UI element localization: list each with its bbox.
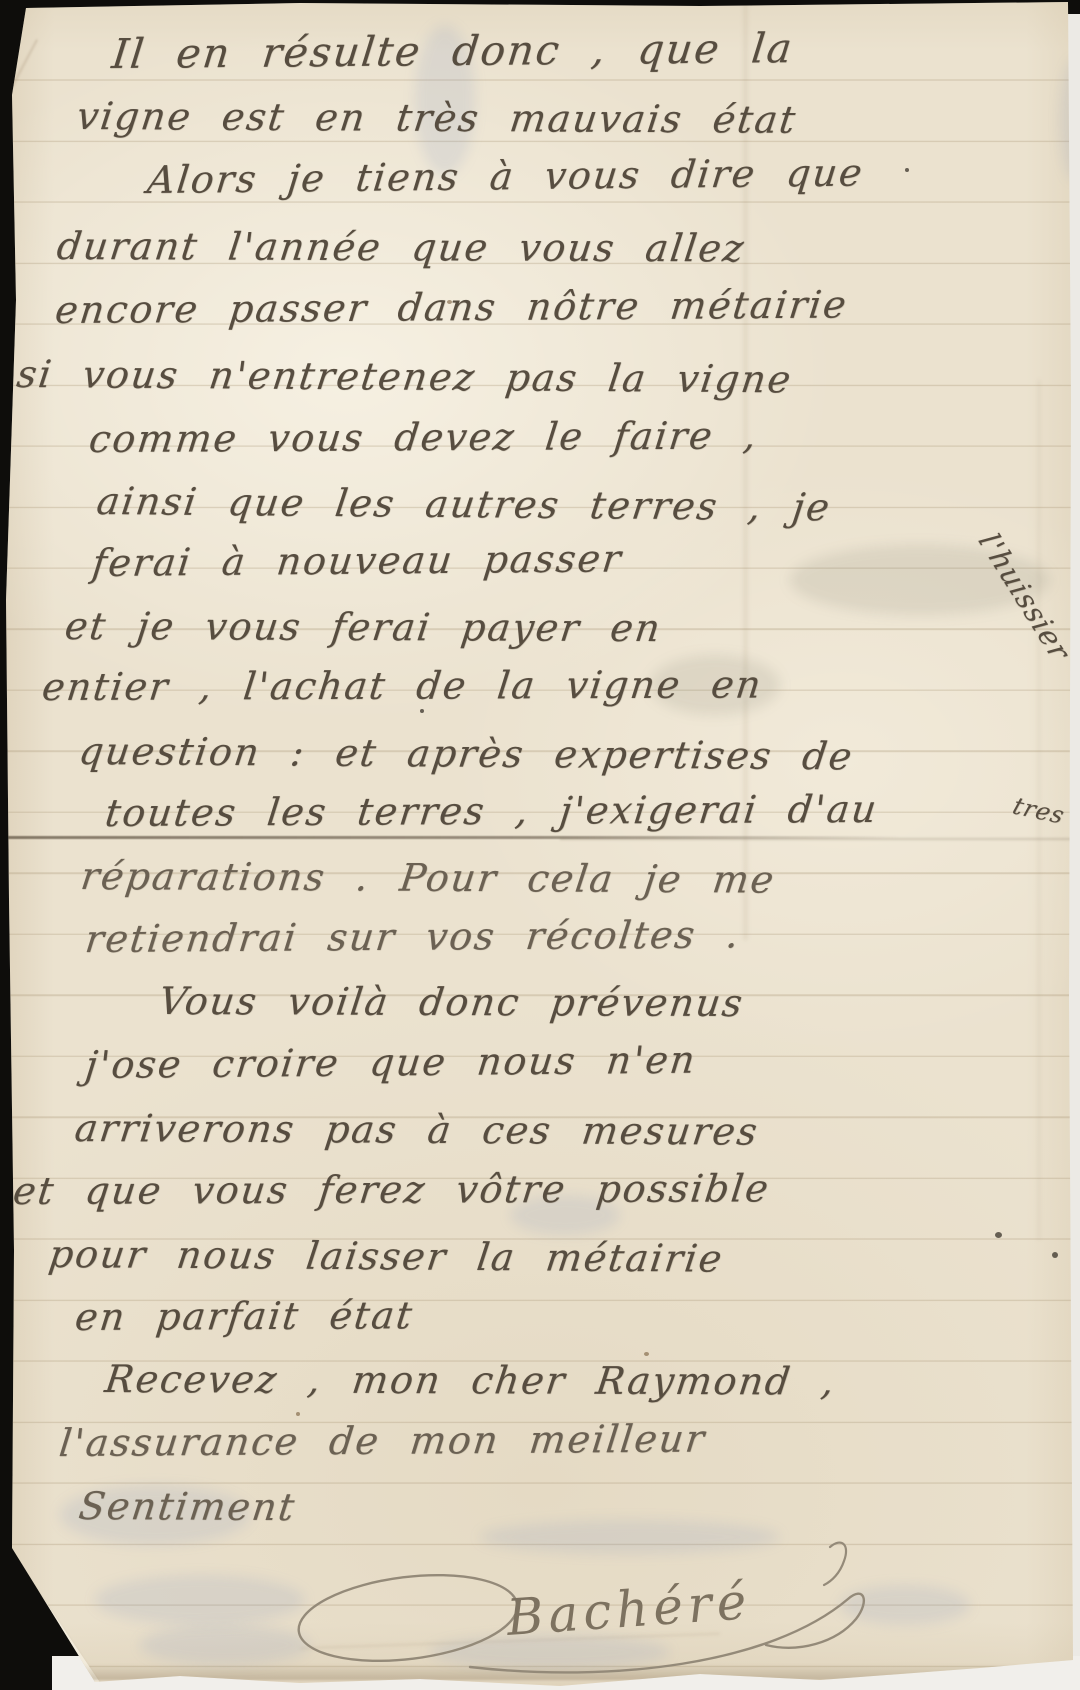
letter-line: Vous voilà donc prévenus [156, 979, 746, 1025]
letter-line: ainsi que les autres terres , je [94, 479, 834, 529]
letter-line: question : et après expertises de [76, 729, 856, 778]
fold-crease-horizontal-faint [560, 838, 1080, 840]
ink-speck [644, 1352, 649, 1356]
letter-line: pour nous laisser la métairie [46, 1232, 726, 1281]
letter-line: ferai à nouveau passer [90, 536, 625, 585]
letter-line: Alors je tiens à vous dire que [145, 151, 866, 203]
letter-line: et que vous ferez vôtre possible [11, 1166, 773, 1213]
ink-speck [296, 1412, 300, 1416]
letter-line: j'ose croire que nous n'en [83, 1038, 699, 1087]
signature-name: Bachéré [504, 1572, 753, 1647]
signature: Bachéré [270, 1535, 910, 1690]
letter-line: comme vous devez le faire , [87, 413, 761, 461]
signature-pen-mark [824, 1543, 846, 1585]
letter-line: réparations . Pour cela je me [78, 854, 778, 902]
letter-line: entier , l'achat de la vigne en [40, 662, 765, 709]
scanned-letter-page: Il en résulte donc , que la vigne est en… [0, 0, 1080, 1690]
ink-speck [995, 1232, 1002, 1238]
letter-line: durant l'année que vous allez [54, 224, 747, 270]
letter-line: arriverons pas à ces mesures [72, 1106, 761, 1154]
letter-line: Sentiment [76, 1484, 298, 1529]
signature-oval-flourish [294, 1564, 522, 1672]
letter-line: Recevez , mon cher Raymond , [102, 1357, 838, 1404]
letter-line: vigne est en très mauvais état [74, 94, 799, 142]
letter-line: en parfait état [73, 1293, 416, 1339]
letter-line: l'assurance de mon meilleur [57, 1416, 708, 1465]
ink-speck [1052, 1252, 1058, 1258]
ink-speck [905, 168, 909, 172]
letter-line: encore passer dans nôtre métairie [53, 282, 850, 332]
letter-line: toutes les terres , j'exigerai d'au [103, 787, 881, 835]
letter-line: Il en résulte donc , que la [110, 24, 797, 78]
paper: Il en résulte donc , que la vigne est en… [0, 0, 1080, 1690]
letter-line: si vous n'entretenez pas la vigne [14, 352, 795, 401]
ink-speck [420, 709, 424, 713]
letter-line: retiendrai sur vos récoltes . [83, 912, 743, 961]
letter-line: et je vous ferai payer en [62, 604, 664, 650]
